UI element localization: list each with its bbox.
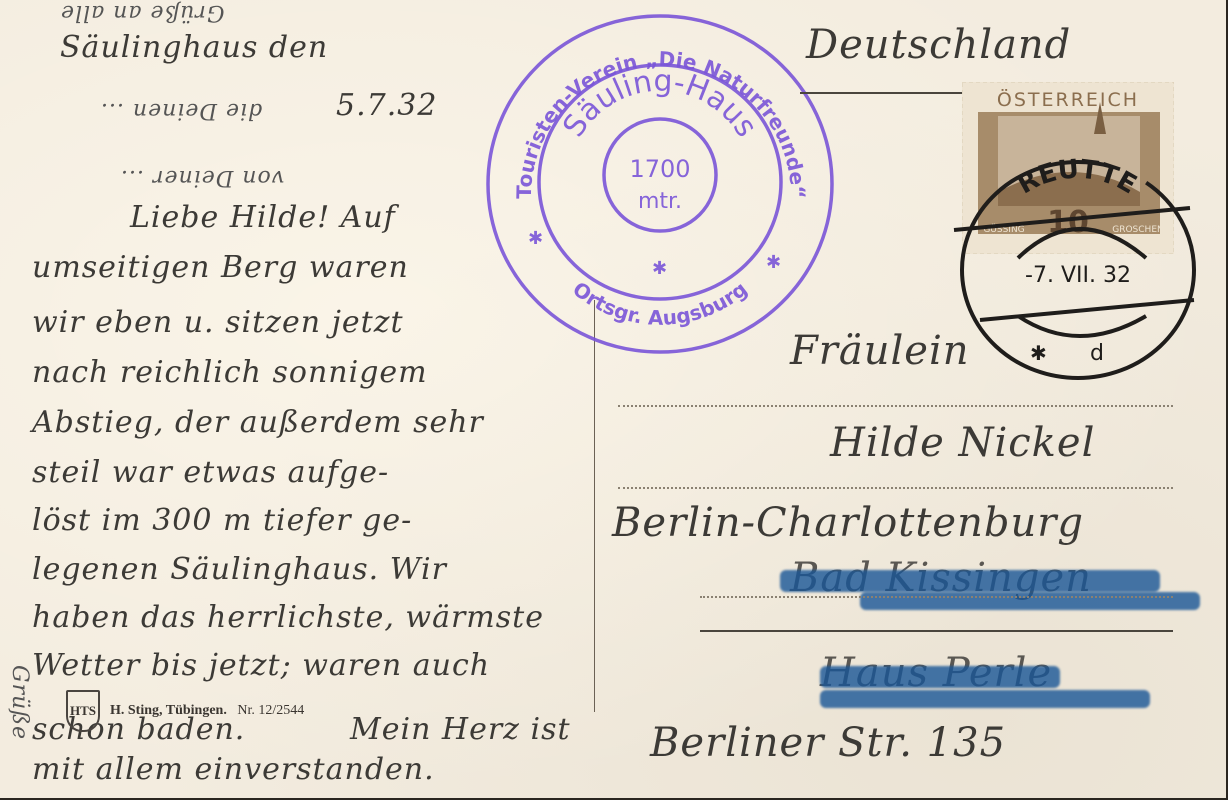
message-line: Abstieg, der außerdem sehr xyxy=(32,405,484,440)
star-icon: ✱ xyxy=(766,252,781,273)
postmark-town: REUTTE xyxy=(1013,154,1142,200)
message-line: löst im 300 m tiefer ge- xyxy=(32,503,412,538)
svg-text:REUTTE: REUTTE xyxy=(1013,154,1142,200)
publisher-logo: HTS xyxy=(66,690,100,732)
message-line: legenen Säulinghaus. Wir xyxy=(32,552,447,587)
upside-down-note: die Deinen ... xyxy=(100,98,262,123)
address-city: Berlin-Charlottenburg xyxy=(612,500,1084,546)
address-street: Berliner Str. 135 xyxy=(650,720,1006,766)
message-line: Mein Herz ist xyxy=(350,712,571,747)
stamp-altitude: 1700 xyxy=(629,155,690,183)
star-icon: ✱ xyxy=(528,228,543,249)
stamp-bottom-text: Ortsgr. Augsburg xyxy=(568,277,752,330)
address-name: Hilde Nickel xyxy=(830,420,1095,466)
crossout-mark xyxy=(820,666,1060,688)
postmark-code: d xyxy=(1090,341,1104,366)
postcard: Grüße an alle Säulinghaus den die Deinen… xyxy=(0,0,1226,798)
upside-down-note: von Deiner ... xyxy=(120,165,284,190)
message-line: steil war etwas aufge- xyxy=(32,455,389,490)
svg-text:Ortsgr. Augsburg: Ortsgr. Augsburg xyxy=(568,277,752,330)
address-salutation: Fräulein xyxy=(790,328,970,374)
club-stamp: Touristen-Verein „Die Naturfreunde“ Säul… xyxy=(484,12,836,356)
stamp-altitude-unit: mtr. xyxy=(638,189,682,214)
message-line: mit allem einverstanden. xyxy=(32,752,435,787)
card-number-label: Nr. xyxy=(237,703,255,718)
crossout-mark xyxy=(860,592,1200,610)
address-line xyxy=(618,487,1173,489)
publisher-imprint: HTS H. Sting, Tübingen. Nr. 12/2544 xyxy=(66,690,304,732)
address-line xyxy=(618,405,1173,407)
margin-note: Grüße xyxy=(7,665,32,740)
crossout-mark xyxy=(780,570,1160,592)
address-line-solid xyxy=(700,630,1173,632)
postmark: REUTTE -7. VII. 32 ✱ d xyxy=(950,130,1210,390)
message-line: Liebe Hilde! Auf xyxy=(130,200,396,235)
message-line: umseitigen Berg waren xyxy=(32,250,409,285)
center-divider xyxy=(594,300,595,712)
address-line xyxy=(700,596,1173,598)
upside-down-note: Grüße an alle xyxy=(60,0,224,25)
publisher-name: H. Sting, Tübingen. xyxy=(110,703,227,718)
message-line: wir eben u. sitzen jetzt xyxy=(32,305,404,340)
country-underline xyxy=(800,92,970,94)
message-line: nach reichlich sonnigem xyxy=(32,355,428,390)
message-line: Wetter bis jetzt; waren auch xyxy=(32,648,490,683)
card-number: 12/2544 xyxy=(258,703,304,718)
asterisk-icon: ✱ xyxy=(1030,341,1047,365)
message-line: haben das herrlichste, wärmste xyxy=(32,600,544,635)
message-date: 5.7.32 xyxy=(336,88,437,123)
message-line: Säulinghaus den xyxy=(60,30,328,65)
address-country: Deutschland xyxy=(806,22,1071,68)
crossout-mark xyxy=(820,690,1150,708)
stamp-country: ÖSTERREICH xyxy=(997,88,1139,111)
star-icon: ✱ xyxy=(652,258,667,279)
postmark-date: -7. VII. 32 xyxy=(1025,263,1131,288)
